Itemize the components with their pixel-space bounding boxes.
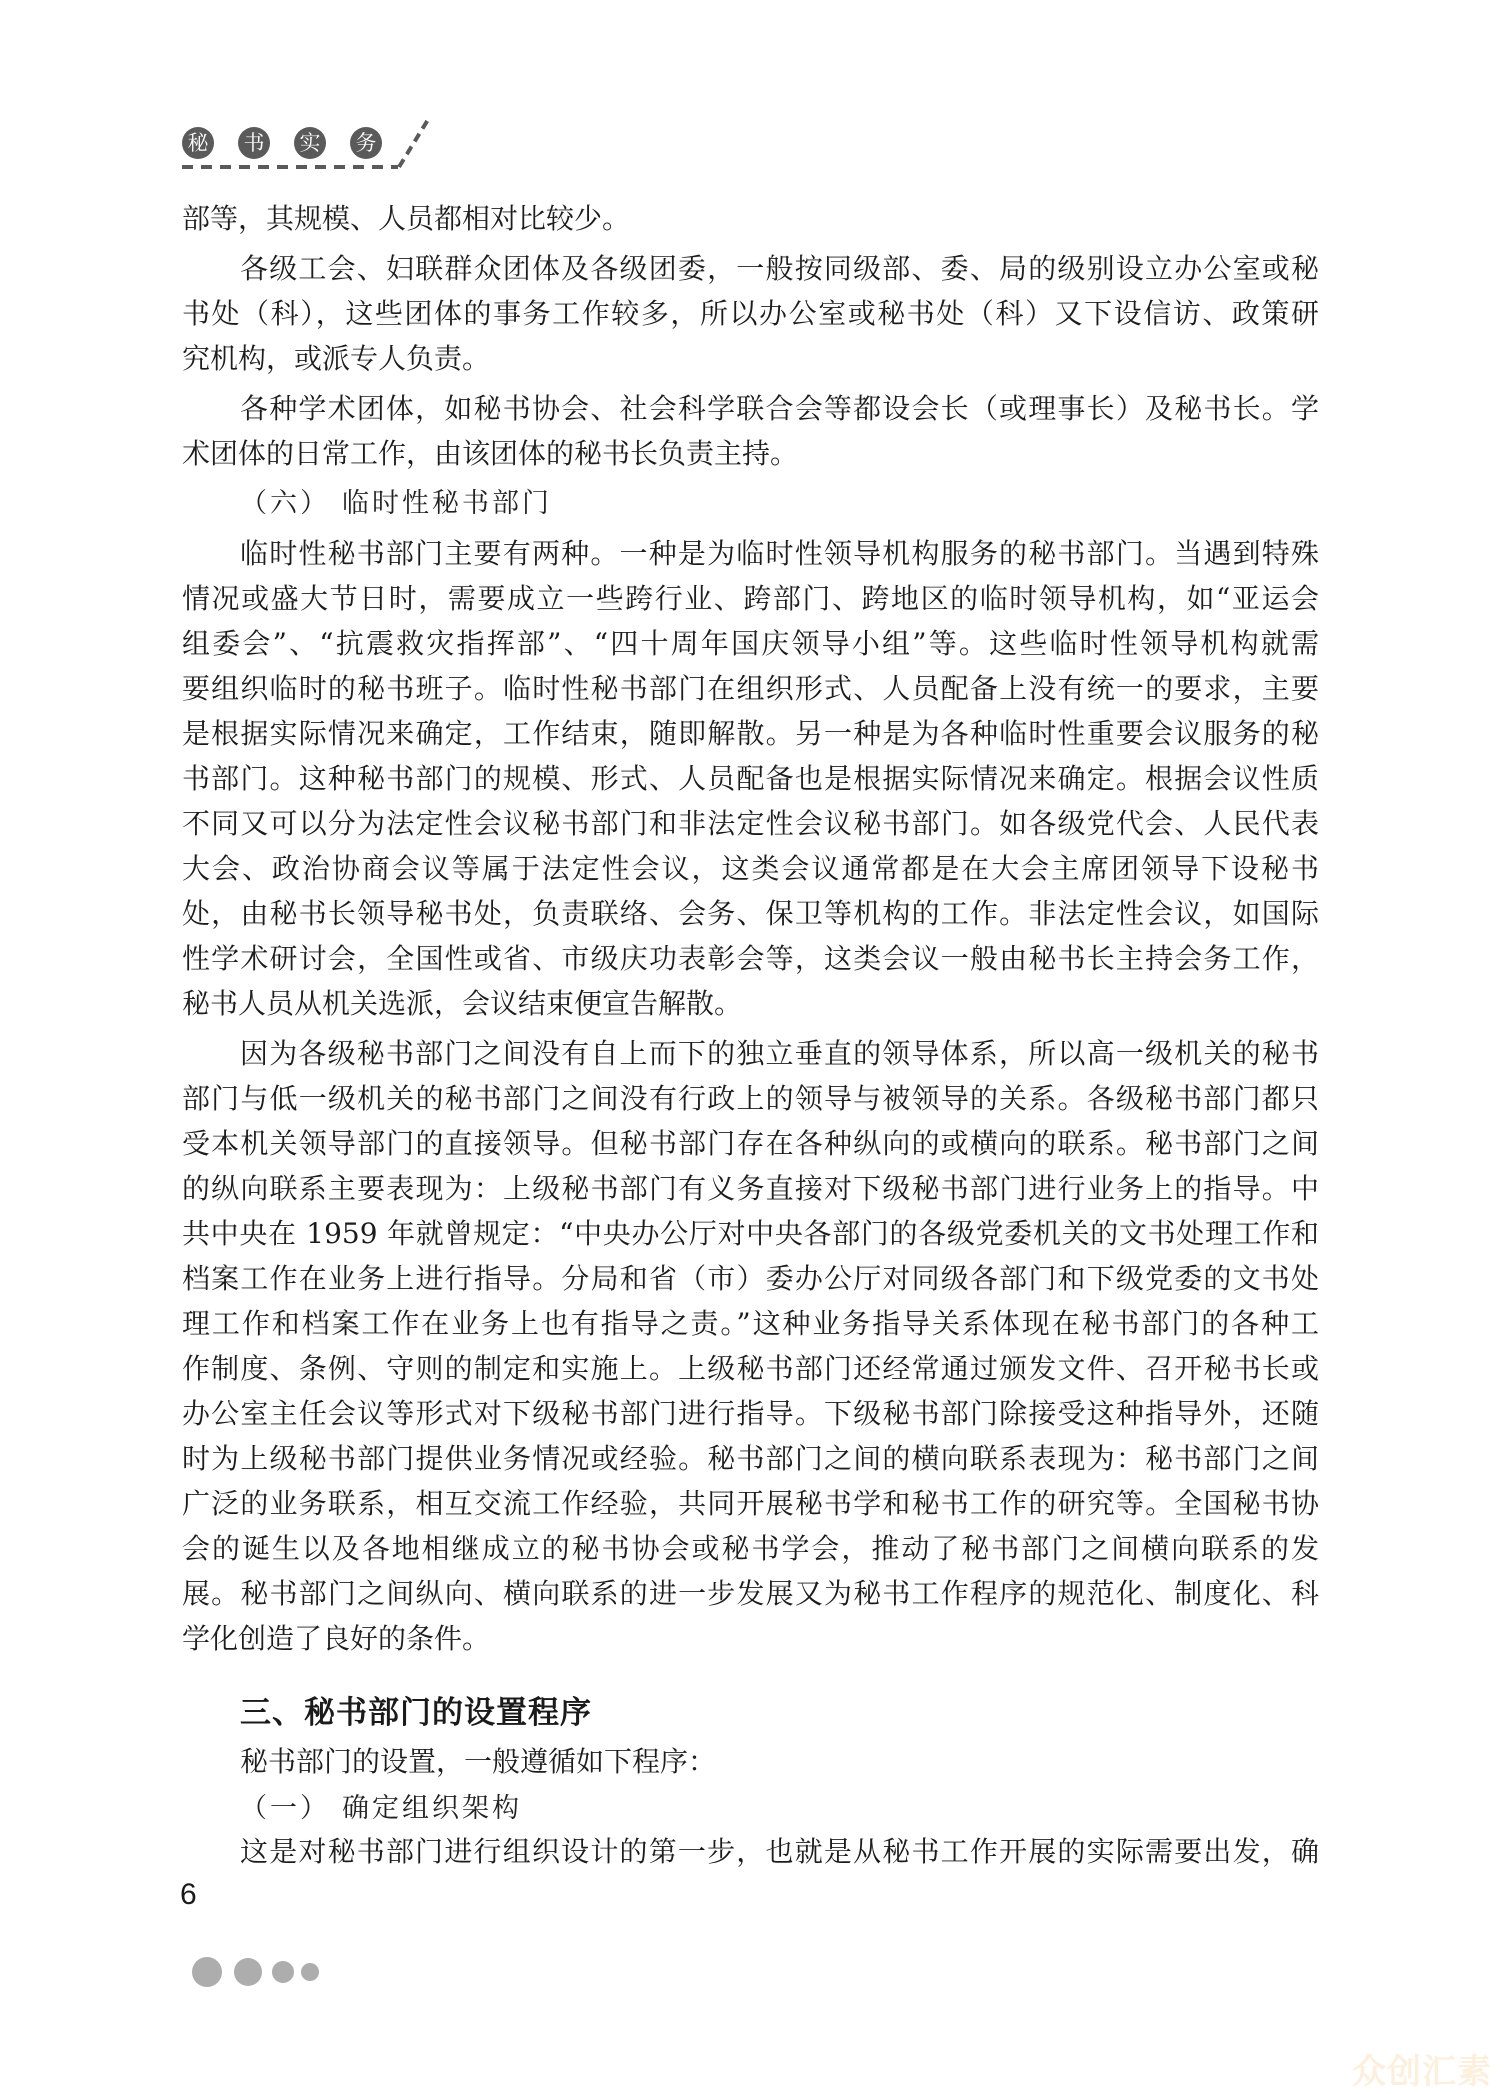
- footer-dot-icon: [234, 1958, 262, 1986]
- text-line: 处，由秘书长领导秘书处，负责联络、会务、保卫等机构的工作。非法定性会议，如国际: [182, 891, 1319, 936]
- text-line: 会的诞生以及各地相继成立的秘书协会或秘书学会，推动了秘书部门之间横向联系的发: [182, 1526, 1319, 1571]
- text-line: 办公室主任会议等形式对下级秘书部门进行指导。下级秘书部门除接受这种指导外，还随: [182, 1391, 1319, 1436]
- text-line: 因为各级秘书部门之间没有自上而下的独立垂直的领导体系，所以高一级机关的秘书: [240, 1031, 1319, 1076]
- section-heading: 三、秘书部门的设置程序: [240, 1691, 592, 1736]
- text-line: 各种学术团体，如秘书协会、社会科学联合会等都设会长（或理事长）及秘书长。学: [240, 386, 1319, 431]
- text-line: 究机构，或派专人负责。: [182, 336, 1319, 381]
- watermark: 众创汇素: [1352, 2052, 1492, 2092]
- text-line: 广泛的业务联系，相互交流工作经验，共同开展秘书学和秘书工作的研究等。全国秘书协: [182, 1481, 1319, 1526]
- text-line: 部门与低一级机关的秘书部门之间没有行政上的领导与被领导的关系。各级秘书部门都只: [182, 1076, 1319, 1121]
- text-line: 这是对秘书部门进行组织设计的第一步，也就是从秘书工作开展的实际需要出发，确: [240, 1829, 1319, 1874]
- text-line: 作制度、条例、守则的制定和实施上。上级秘书部门还经常通过颁发文件、召开秘书长或: [182, 1346, 1319, 1391]
- text-line: 性学术研讨会，全国性或省、市级庆功表彰会等，这类会议一般由秘书长主持会务工作，: [182, 936, 1319, 981]
- text-line: 共中央在 1959 年就曾规定：“中央办公厅对中央各部门的各级党委机关的文书处理…: [182, 1211, 1319, 1256]
- header-dashed-rule: [182, 165, 398, 169]
- text-line: 部等，其规模、人员都相对比较少。: [182, 196, 1319, 241]
- text-line: 书部门。这种秘书部门的规模、形式、人员配备也是根据实际情况来确定。根据会议性质: [182, 756, 1319, 801]
- footer-dot-icon: [192, 1957, 222, 1987]
- text-line: 不同又可以分为法定性会议秘书部门和非法定性会议秘书部门。如各级党代会、人民代表: [182, 801, 1319, 846]
- header-badge-4: 务: [350, 127, 382, 159]
- footer-dot-icon: [301, 1963, 319, 1981]
- book-page: 秘 书 实 务 部等，其规模、人员都相对比较少。 各级工会、妇联群众团体及各级团…: [0, 0, 1504, 2094]
- subheading-title: 临时性秘书部门: [342, 488, 552, 519]
- text-line: 理工作和档案工作在业务上也有指导之责。”这种业务指导关系体现在秘书部门的各种工: [182, 1301, 1319, 1346]
- text-line: 秘书人员从机关选派，会议结束便宣告解散。: [182, 981, 1319, 1026]
- text-line: 受本机关领导部门的直接领导。但秘书部门存在各种纵向的或横向的联系。秘书部门之间: [182, 1121, 1319, 1166]
- text-line: 组委会”、“抗震救灾指挥部”、“四十周年国庆领导小组”等。这些临时性领导机构就需: [182, 621, 1319, 666]
- header-badge-3: 实: [294, 127, 326, 159]
- text-line: 档案工作在业务上进行指导。分局和省（市）委办公厅对同级各部门和下级党委的文书处: [182, 1256, 1319, 1301]
- header-badge-1: 秘: [182, 127, 214, 159]
- text-line: 学化创造了良好的条件。: [182, 1616, 1319, 1661]
- text-line: 是根据实际情况来确定，工作结束，随即解散。另一种是为各种临时性重要会议服务的秘: [182, 711, 1319, 756]
- subheading-temporary-departments: （六）临时性秘书部门: [240, 481, 552, 526]
- subheading-org-structure: （一）确定组织架构: [240, 1786, 522, 1831]
- text-line: 各级工会、妇联群众团体及各级团委，一般按同级部、委、局的级别设立办公室或秘: [240, 246, 1319, 291]
- text-line: 要组织临时的秘书班子。临时性秘书部门在组织形式、人员配备上没有统一的要求，主要: [182, 666, 1319, 711]
- text-line: 时为上级秘书部门提供业务情况或经验。秘书部门之间的横向联系表现为：秘书部门之间: [182, 1436, 1319, 1481]
- header-dashed-slash: [397, 117, 431, 169]
- subheading-title: 确定组织架构: [342, 1793, 522, 1824]
- subheading-number: （六）: [240, 488, 330, 519]
- subheading-number: （一）: [240, 1793, 330, 1824]
- page-number: 6: [180, 1876, 197, 1914]
- text-line: 术团体的日常工作，由该团体的秘书长负责主持。: [182, 431, 1319, 476]
- text-line: 展。秘书部门之间纵向、横向联系的进一步发展又为秘书工作程序的规范化、制度化、科: [182, 1571, 1319, 1616]
- text-line: 大会、政治协商会议等属于法定性会议，这类会议通常都是在大会主席团领导下设秘书: [182, 846, 1319, 891]
- text-line: 的纵向联系主要表现为：上级秘书部门有义务直接对下级秘书部门进行业务上的指导。中: [182, 1166, 1319, 1211]
- text-line: 秘书部门的设置，一般遵循如下程序：: [240, 1739, 1319, 1784]
- text-line: 书处（科），这些团体的事务工作较多，所以办公室或秘书处（科）又下设信访、政策研: [182, 291, 1319, 336]
- footer-dot-icon: [272, 1961, 294, 1983]
- header-badge-2: 书: [238, 127, 270, 159]
- text-line: 临时性秘书部门主要有两种。一种是为临时性领导机构服务的秘书部门。当遇到特殊: [240, 531, 1319, 576]
- text-line: 情况或盛大节日时，需要成立一些跨行业、跨部门、跨地区的临时领导机构，如“亚运会: [182, 576, 1319, 621]
